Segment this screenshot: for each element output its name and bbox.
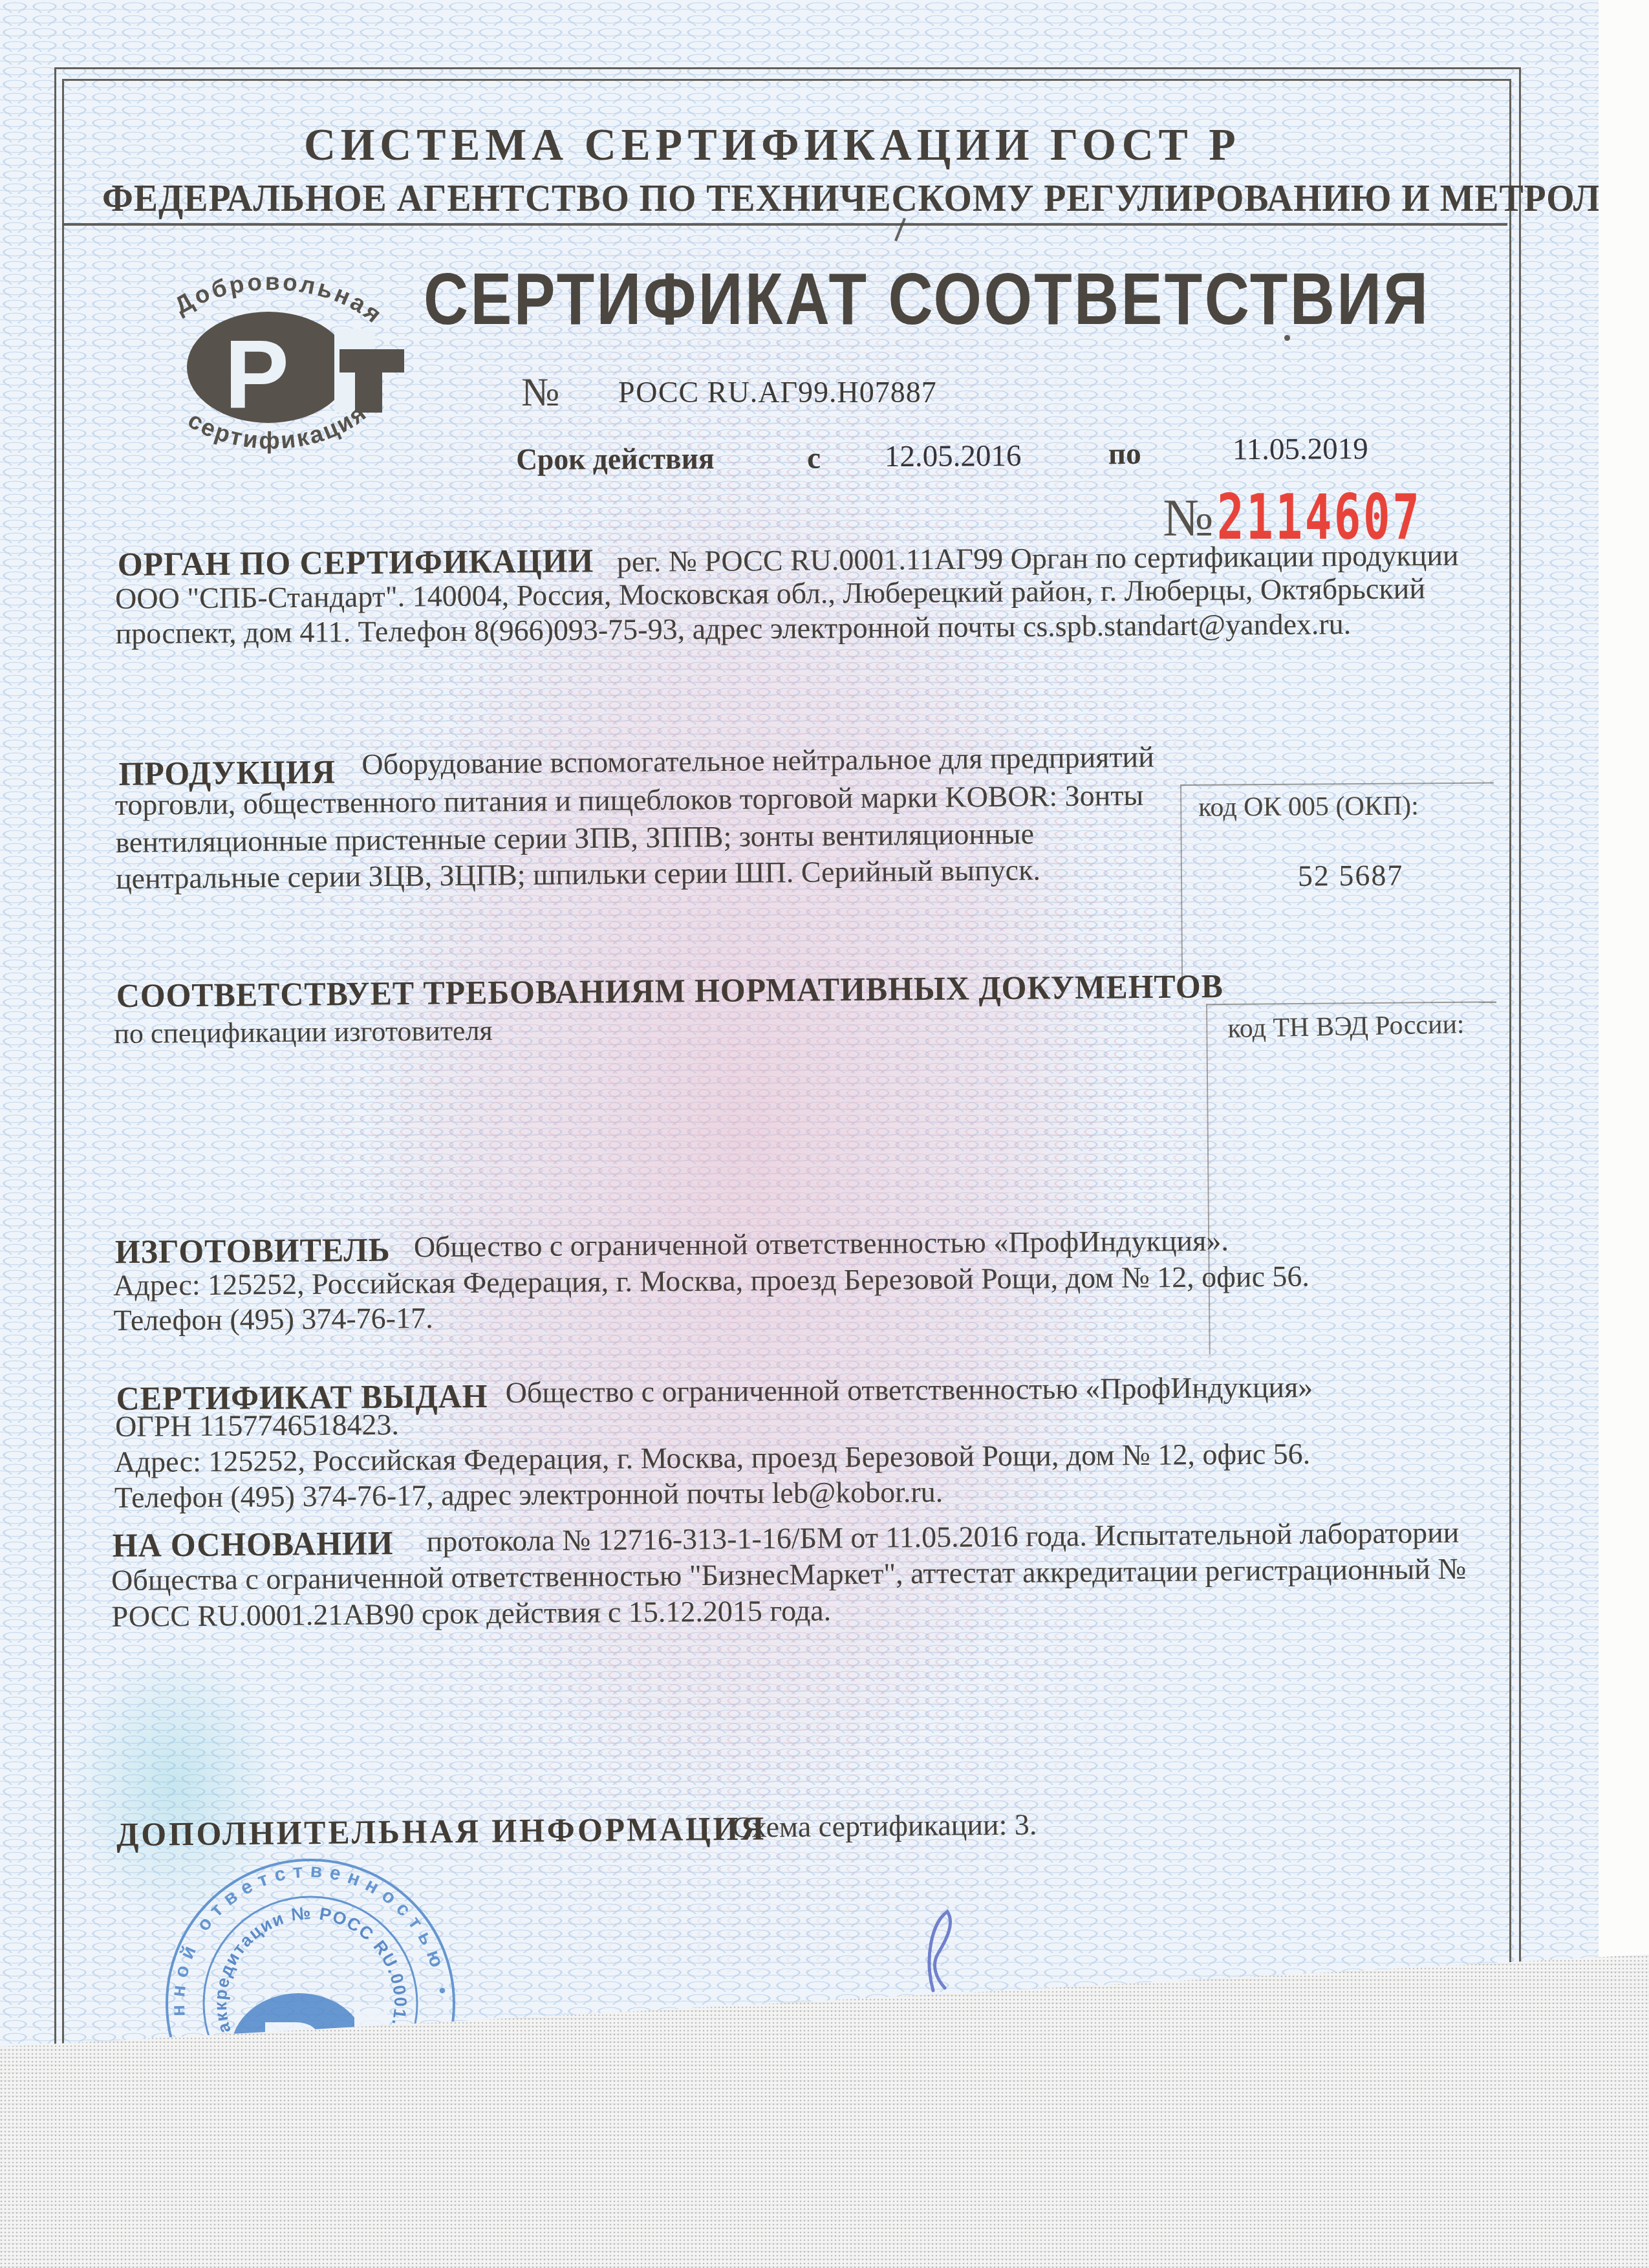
certificate-scan-page: СИСТЕМА СЕРТИФИКАЦИИ ГОСТ Р ФЕДЕРАЛЬНОЕ … [0, 0, 1599, 2069]
additional-info-line1: Схема сертификации: 3. [732, 1809, 1037, 1842]
section-additional-info: ДОПОЛНИТЕЛЬНАЯ ИНФОРМАЦИЯ Схема сертифик… [0, 0, 1600, 2071]
ink-pen-squiggle [921, 1908, 980, 1998]
svg-text:нной ответственностью •: нной ответственностью • [167, 1860, 454, 2016]
certificate-document: СИСТЕМА СЕРТИФИКАЦИИ ГОСТ Р ФЕДЕРАЛЬНОЕ … [0, 0, 1649, 2268]
stamp-ring-text: нной ответственностью • [167, 1860, 454, 2016]
